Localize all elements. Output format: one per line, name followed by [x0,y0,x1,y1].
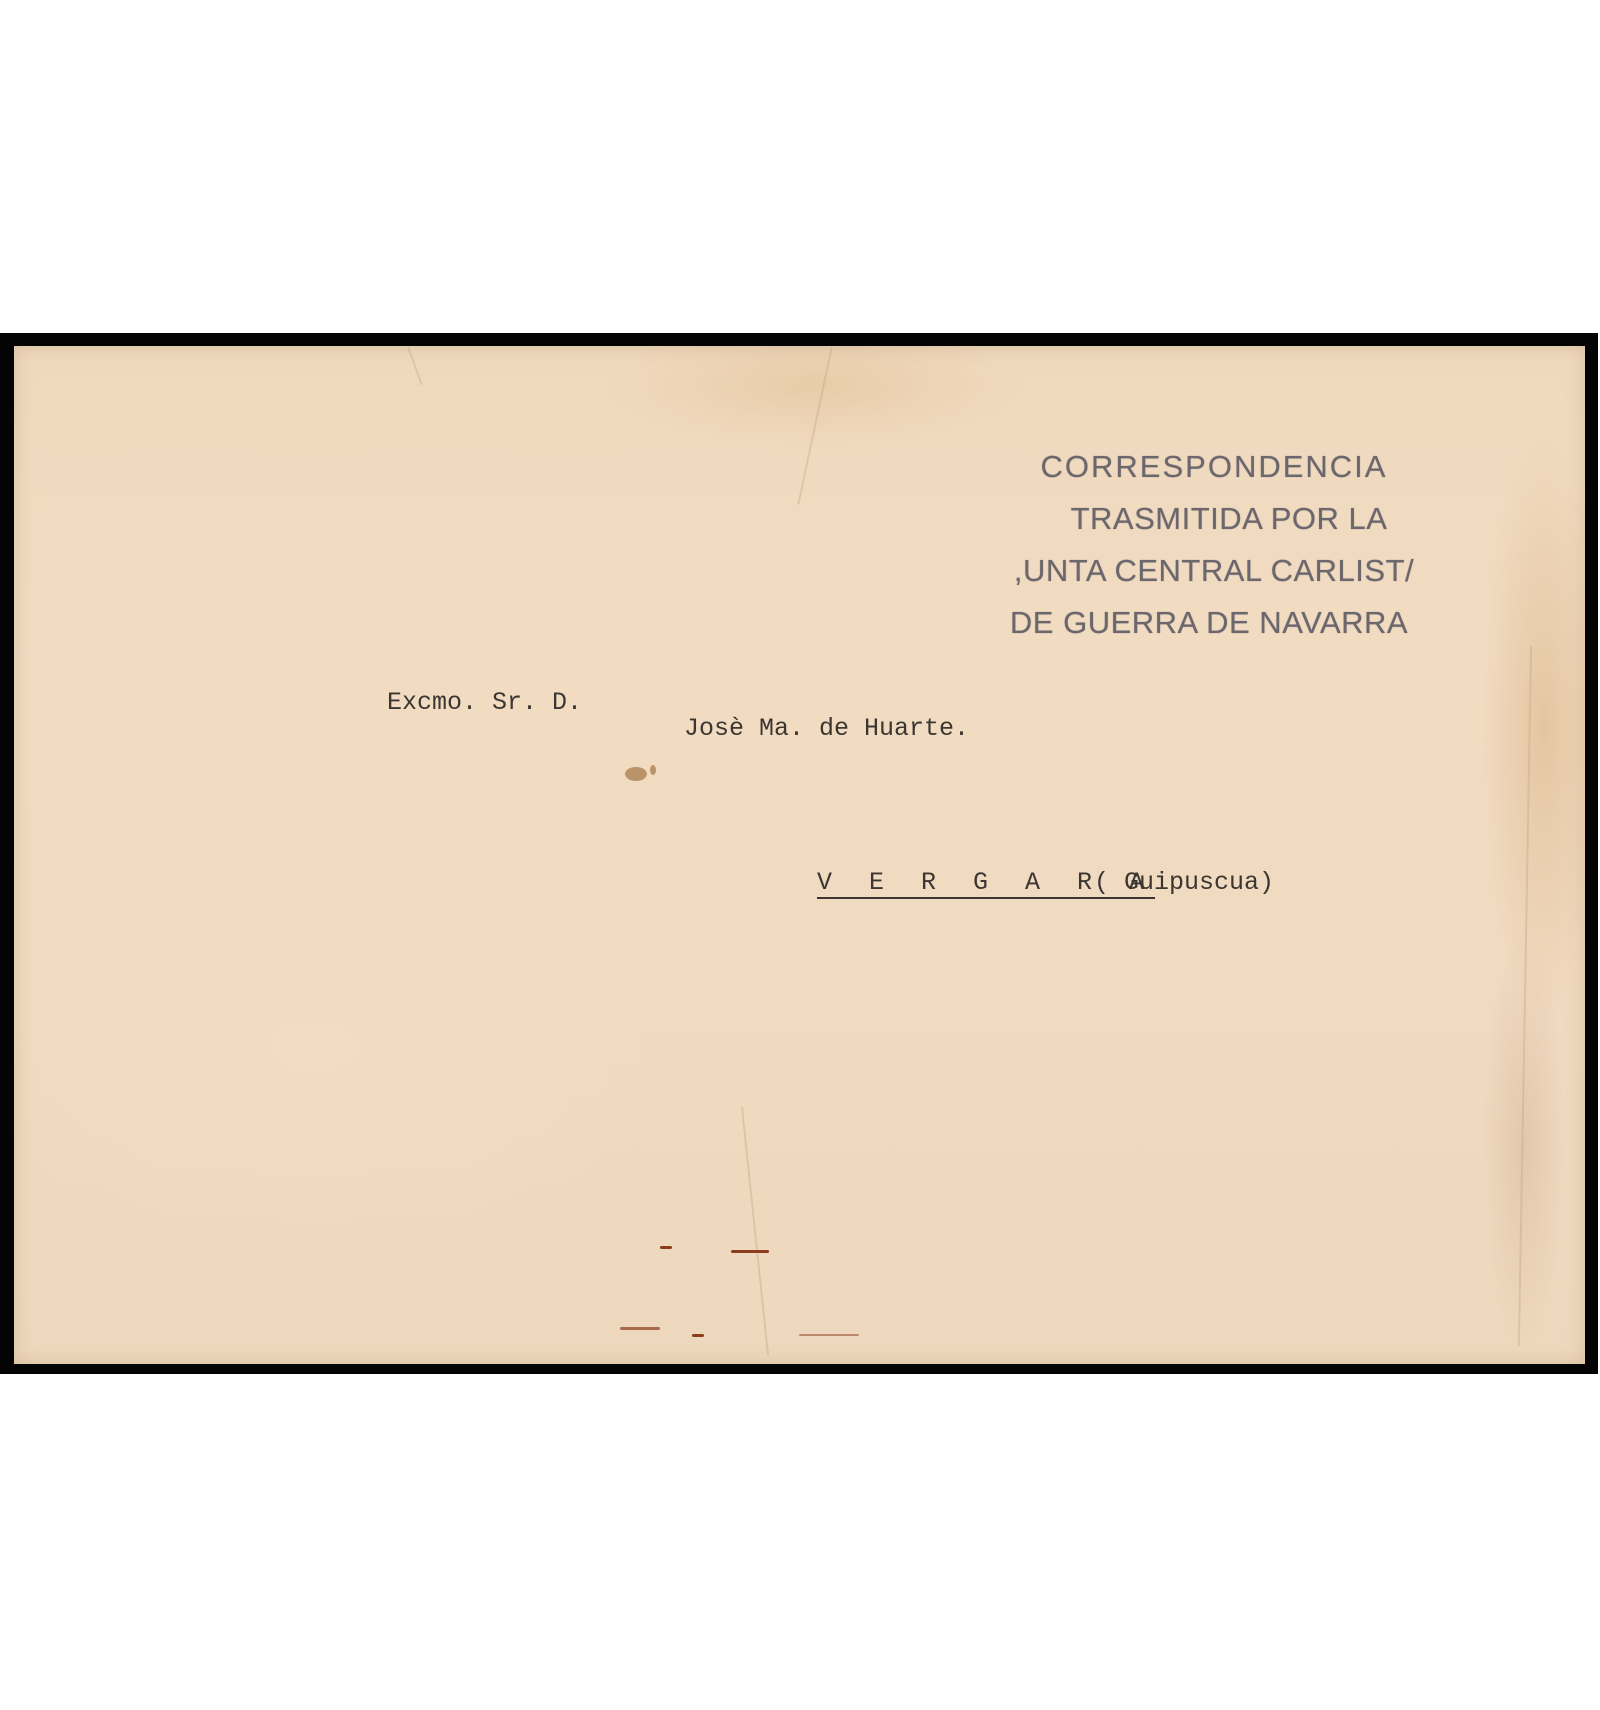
destination-region: ( Guipuscua) [1094,868,1274,897]
addressee-name: Josè Ma. de Huarte. [684,714,969,743]
stamp-line: DE GUERRA DE NAVARRA [989,597,1429,649]
ink-stain [625,767,647,781]
black-frame: CORRESPONDENCIA TRASMITIDA POR LA ,UNTA … [0,333,1598,1374]
stamp-line: CORRESPONDENCIA [999,441,1429,493]
crease [797,348,832,505]
rust-speck [620,1327,660,1330]
crease [1518,646,1532,1346]
envelope: CORRESPONDENCIA TRASMITIDA POR LA ,UNTA … [14,346,1585,1364]
stamp-line: TRASMITIDA POR LA [1029,493,1429,545]
rust-speck [660,1246,672,1249]
rust-speck [692,1334,704,1337]
crease [407,347,423,385]
salutation: Excmo. Sr. D. [387,688,582,717]
ink-stain [650,765,656,775]
rust-speck [731,1250,769,1253]
junta-central-carlista-stamp: CORRESPONDENCIA TRASMITIDA POR LA ,UNTA … [989,441,1429,649]
rust-speck [799,1334,859,1336]
stamp-line: ,UNTA CENTRAL CARLIST/ [999,545,1429,597]
crease [741,1107,769,1356]
